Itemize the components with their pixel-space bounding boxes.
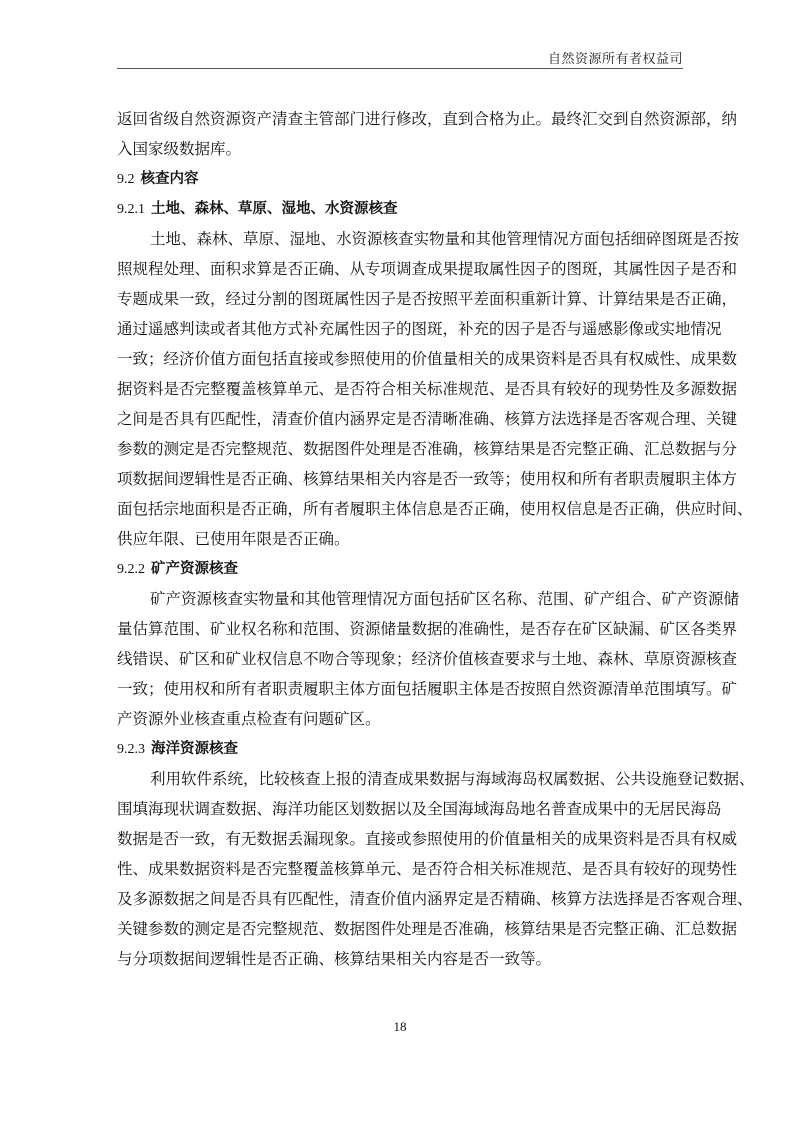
paragraph-line: 一致；使用权和所有者职责履职主体方面包括履职主体是否按照自然资源清单范围填写。矿 [117, 676, 683, 706]
paragraph-line: 面包括宗地面积是否正确，所有者履职主体信息是否正确，使用权信息是否正确，供应时间… [117, 496, 683, 526]
section-number: 9.2.3 [117, 742, 145, 757]
paragraph-line: 一致；经济价值方面包括直接或参照使用的价值量相关的成果资料是否具有权威性、成果数 [117, 346, 683, 376]
paragraph-line: 围填海现状调查数据、海洋功能区划数据以及全国海域海岛地名普查成果中的无居民海岛 [117, 796, 683, 826]
paragraph-line: 参数的测定是否完整规范、数据图件处理是否准确，核算结果是否完整正确、汇总数据与分 [117, 436, 683, 466]
section-title: 土地、森林、草原、湿地、水资源核查 [151, 201, 398, 217]
section-heading-9-2-3: 9.2.3海洋资源核查 [117, 736, 683, 766]
paragraph-line: 矿产资源核查实物量和其他管理情况方面包括矿区名称、范围、矿产组合、矿产资源储 [117, 586, 683, 616]
section-title: 海洋资源核查 [151, 741, 238, 757]
paragraph-line: 专题成果一致，经过分割的图斑属性因子是否按照平差面积重新计算、计算结果是否正确， [117, 286, 683, 316]
paragraph-line: 项数据间逻辑性是否正确、核算结果相关内容是否一致等；使用权和所有者职责履职主体方 [117, 466, 683, 496]
paragraph-line: 照规程处理、面积求算是否正确、从专项调查成果提取属性因子的图斑，其属性因子是否和 [117, 256, 683, 286]
paragraph-line: 与分项数据间逻辑性是否正确、核算结果相关内容是否一致等。 [117, 946, 683, 976]
section-heading-9-2: 9.2核查内容 [117, 166, 683, 196]
paragraph-line: 关键参数的测定是否完整规范、数据图件处理是否准确，核算结果是否完整正确、汇总数据 [117, 916, 683, 946]
paragraph-marine-resources: 利用软件系统，比较核查上报的清查成果数据与海域海岛权属数据、公共设施登记数据、 … [117, 766, 683, 976]
paragraph-line: 通过遥感判读或者其他方式补充属性因子的图斑，补充的因子是否与遥感影像或实地情况 [117, 316, 683, 346]
paragraph-mineral-resources: 矿产资源核查实物量和其他管理情况方面包括矿区名称、范围、矿产组合、矿产资源储 量… [117, 586, 683, 736]
paragraph-line: 产资源外业核查重点检查有问题矿区。 [117, 706, 683, 736]
paragraph-land-forest-grass-wetland-water: 土地、森林、草原、湿地、水资源核查实物量和其他管理情况方面包括细碎图斑是否按 照… [117, 226, 683, 556]
section-number: 9.2 [117, 172, 135, 187]
paragraph-line: 之间是否具有匹配性，清查价值内涵界定是否清晰准确、核算方法选择是否客观合理、关键 [117, 406, 683, 436]
paragraph-line: 量估算范围、矿业权名称和范围、资源储量数据的准确性，是否存在矿区缺漏、矿区各类界 [117, 616, 683, 646]
paragraph-line: 利用软件系统，比较核查上报的清查成果数据与海域海岛权属数据、公共设施登记数据、 [117, 766, 683, 796]
paragraph-line: 数据是否一致，有无数据丢漏现象。直接或参照使用的价值量相关的成果资料是否具有权威 [117, 826, 683, 856]
section-number: 9.2.1 [117, 202, 145, 217]
paragraph-line: 及多源数据之间是否具有匹配性，清查价值内涵界定是否精确、核算方法选择是否客观合理… [117, 886, 683, 916]
paragraph-line: 据资料是否完整覆盖核算单元、是否符合相关标准规范、是否具有较好的现势性及多源数据 [117, 376, 683, 406]
paragraph-line: 性、成果数据资料是否完整覆盖核算单元、是否符合相关标准规范、是否具有较好的现势性 [117, 856, 683, 886]
paragraph-line: 入国家级数据库。 [117, 136, 683, 166]
paragraph-line: 线错误、矿区和矿业权信息不吻合等现象；经济价值核查要求与土地、森林、草原资源核查 [117, 646, 683, 676]
section-title: 核查内容 [141, 171, 199, 187]
page-number: 18 [0, 1019, 800, 1035]
header-title: 自然资源所有者权益司 [548, 48, 683, 67]
paragraph-line: 土地、森林、草原、湿地、水资源核查实物量和其他管理情况方面包括细碎图斑是否按 [117, 226, 683, 256]
page-content: 返回省级自然资源资产清查主管部门进行修改，直到合格为止。最终汇交到自然资源部，纳… [117, 106, 683, 976]
section-heading-9-2-1: 9.2.1土地、森林、草原、湿地、水资源核查 [117, 196, 683, 226]
section-heading-9-2-2: 9.2.2矿产资源核查 [117, 556, 683, 586]
paragraph-line: 返回省级自然资源资产清查主管部门进行修改，直到合格为止。最终汇交到自然资源部，纳 [117, 106, 683, 136]
section-number: 9.2.2 [117, 562, 145, 577]
paragraph-line: 供应年限、已使用年限是否正确。 [117, 526, 683, 556]
page-header: 自然资源所有者权益司 [117, 44, 683, 68]
section-title: 矿产资源核查 [151, 561, 238, 577]
header-divider [117, 68, 683, 69]
